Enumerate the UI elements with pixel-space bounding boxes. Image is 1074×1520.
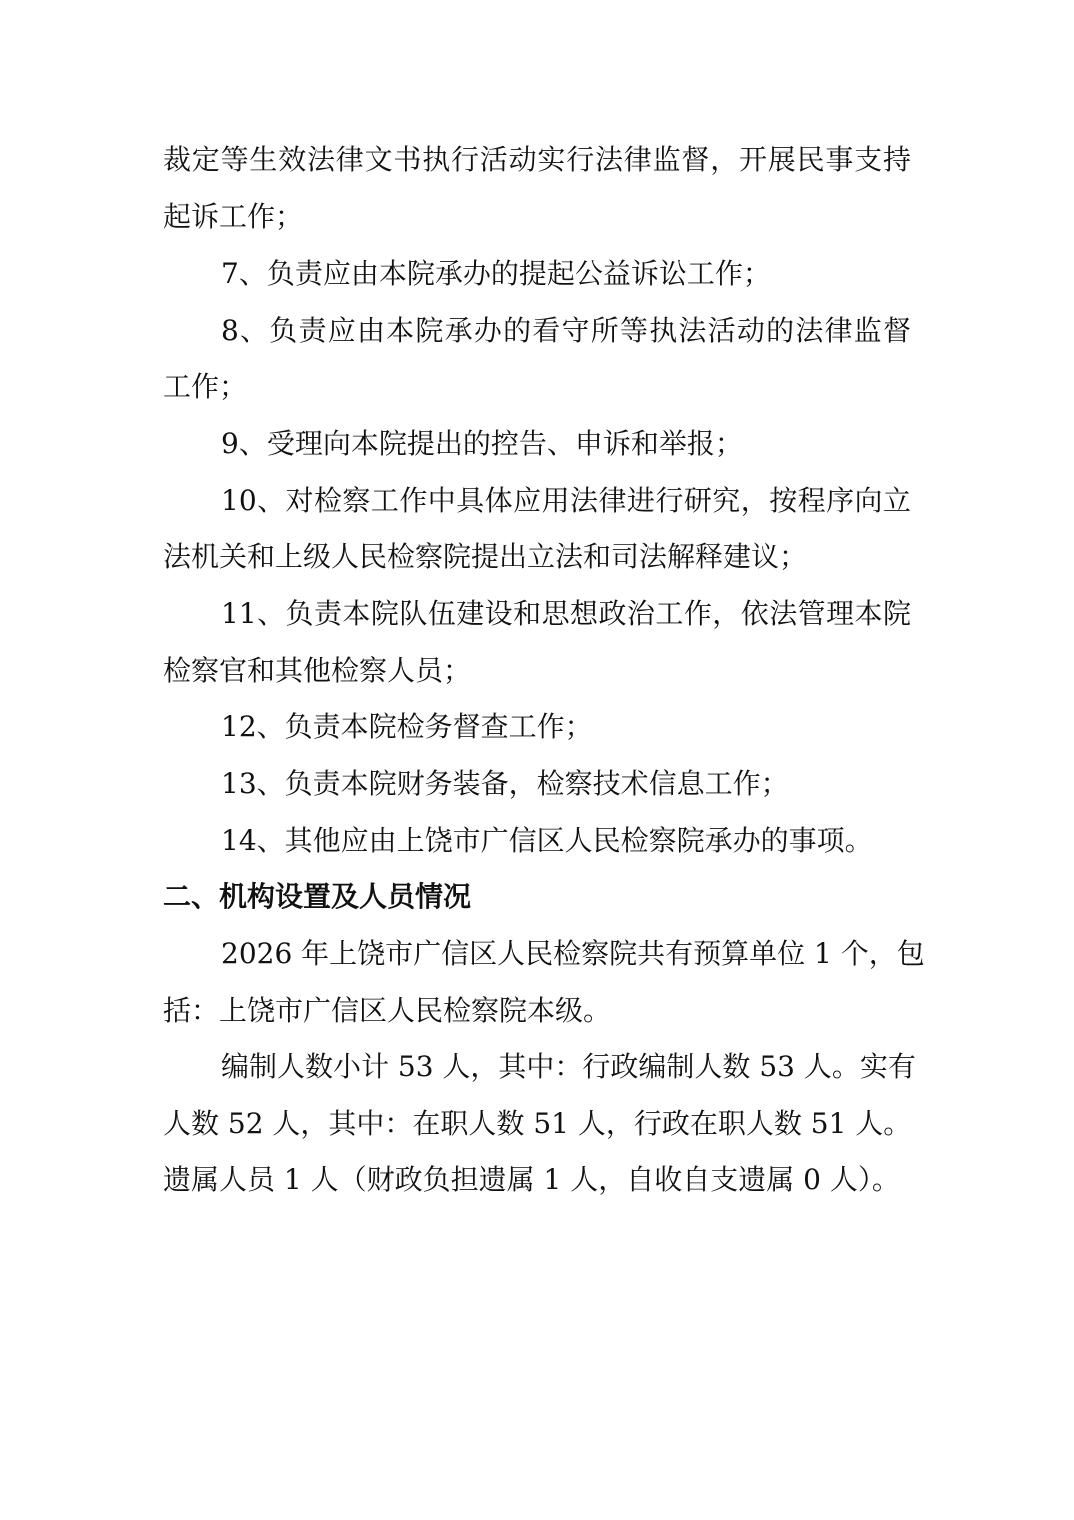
paragraph-line: 人数 52 人，其中：在职人数 51 人，行政在职人数 51 人。 — [163, 1104, 911, 1144]
paragraph-line: 2026 年上饶市广信区人民检察院共有预算单位 1 个，包 — [221, 934, 911, 974]
paragraph-line: 括：上饶市广信区人民检察院本级。 — [163, 991, 923, 1031]
paragraph-line: 编制人数小计 53 人，其中：行政编制人数 53 人。实有 — [221, 1047, 911, 1087]
paragraph-line: 遗属人员 1 人（财政负担遗属 1 人，自收自支遗属 0 人）。 — [163, 1160, 923, 1200]
list-item-14: 14、其他应由上饶市广信区人民检察院承办的事项。 — [221, 821, 981, 861]
list-item-9: 9、受理向本院提出的控告、申诉和举报； — [221, 424, 981, 464]
paragraph-line: 裁定等生效法律文书执行活动实行法律监督，开展民事支持 — [163, 140, 911, 180]
list-item-13: 13、负责本院财务装备，检察技术信息工作； — [221, 764, 981, 804]
paragraph-line: 法机关和上级人民检察院提出立法和司法解释建议； — [163, 537, 923, 577]
list-item-8: 8、负责应由本院承办的看守所等执法活动的法律监督 — [221, 311, 911, 351]
document-page: 裁定等生效法律文书执行活动实行法律监督，开展民事支持 起诉工作； 7、负责应由本… — [0, 0, 1074, 1520]
list-item-10: 10、对检察工作中具体应用法律进行研究，按程序向立 — [221, 481, 911, 521]
list-item-7: 7、负责应由本院承办的提起公益诉讼工作； — [221, 254, 981, 294]
paragraph-line: 工作； — [163, 367, 923, 407]
paragraph-line: 检察官和其他检察人员； — [163, 651, 923, 691]
list-item-12: 12、负责本院检务督查工作； — [221, 707, 981, 747]
paragraph-line: 起诉工作； — [163, 197, 923, 237]
list-item-11: 11、负责本院队伍建设和思想政治工作，依法管理本院 — [221, 594, 911, 634]
section-heading: 二、机构设置及人员情况 — [163, 877, 923, 917]
